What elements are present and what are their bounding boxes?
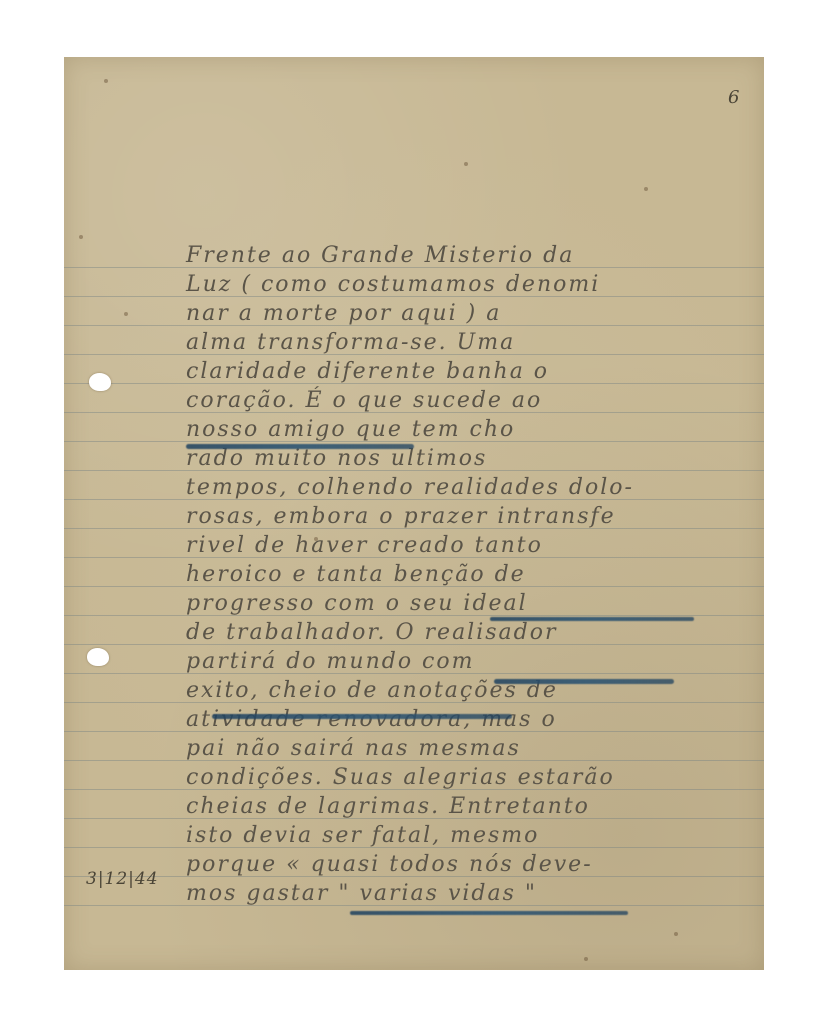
handwritten-line: rosas, embora o prazer intransfe: [186, 501, 761, 530]
manuscript-page: 6 Frente ao Grande Misterio da Luz ( com…: [64, 57, 764, 970]
handwritten-line: alma transforma-se. Uma: [186, 327, 761, 356]
paper-speck: [104, 79, 108, 83]
handwritten-line: progresso com o seu ideal: [186, 588, 761, 617]
margin-date: 3|12|44: [86, 869, 159, 889]
handwritten-line: partirá do mundo com: [186, 646, 761, 675]
handwritten-line: rivel de haver creado tanto: [186, 530, 761, 559]
handwritten-line: pai não sairá nas mesmas: [186, 733, 761, 762]
blue-underline-o-realisador: [494, 679, 674, 684]
blue-underline-nosso-amigo: [186, 444, 414, 449]
paper-speck: [124, 312, 128, 316]
punch-hole: [89, 373, 111, 391]
paper-speck: [644, 187, 648, 191]
handwritten-line: heroico e tanta benção de: [186, 559, 761, 588]
handwritten-line: mos gastar " varias vidas ": [186, 878, 761, 907]
handwritten-line: de trabalhador. O realisador: [186, 617, 761, 646]
page-number: 6: [728, 87, 739, 108]
handwritten-line: exito, cheio de anotações de: [186, 675, 761, 704]
handwritten-line: tempos, colhendo realidades dolo-: [186, 472, 761, 501]
paper-speck: [464, 162, 468, 166]
handwritten-line: claridade diferente banha o: [186, 356, 761, 385]
paper-speck: [584, 957, 588, 961]
handwritten-line: nosso amigo que tem cho: [186, 414, 761, 443]
blue-underline-varias-vidas: [350, 911, 628, 915]
paper-speck: [674, 932, 678, 936]
handwritten-line: cheias de lagrimas. Entretanto: [186, 791, 761, 820]
blue-underline-partira-do-mundo: [212, 714, 512, 719]
blue-underline-creado-tanto: [490, 617, 694, 621]
handwritten-line: isto devia ser fatal, mesmo: [186, 820, 761, 849]
punch-hole: [87, 648, 109, 666]
handwritten-line: porque « quasi todos nós deve-: [186, 849, 761, 878]
handwritten-line: nar a morte por aqui ) a: [186, 298, 761, 327]
handwritten-line: coração. É o que sucede ao: [186, 385, 761, 414]
handwritten-line: Luz ( como costumamos denomi: [186, 269, 761, 298]
handwritten-line: Frente ao Grande Misterio da: [186, 240, 761, 269]
paper-speck: [79, 235, 83, 239]
handwritten-line: condições. Suas alegrias estarão: [186, 762, 761, 791]
